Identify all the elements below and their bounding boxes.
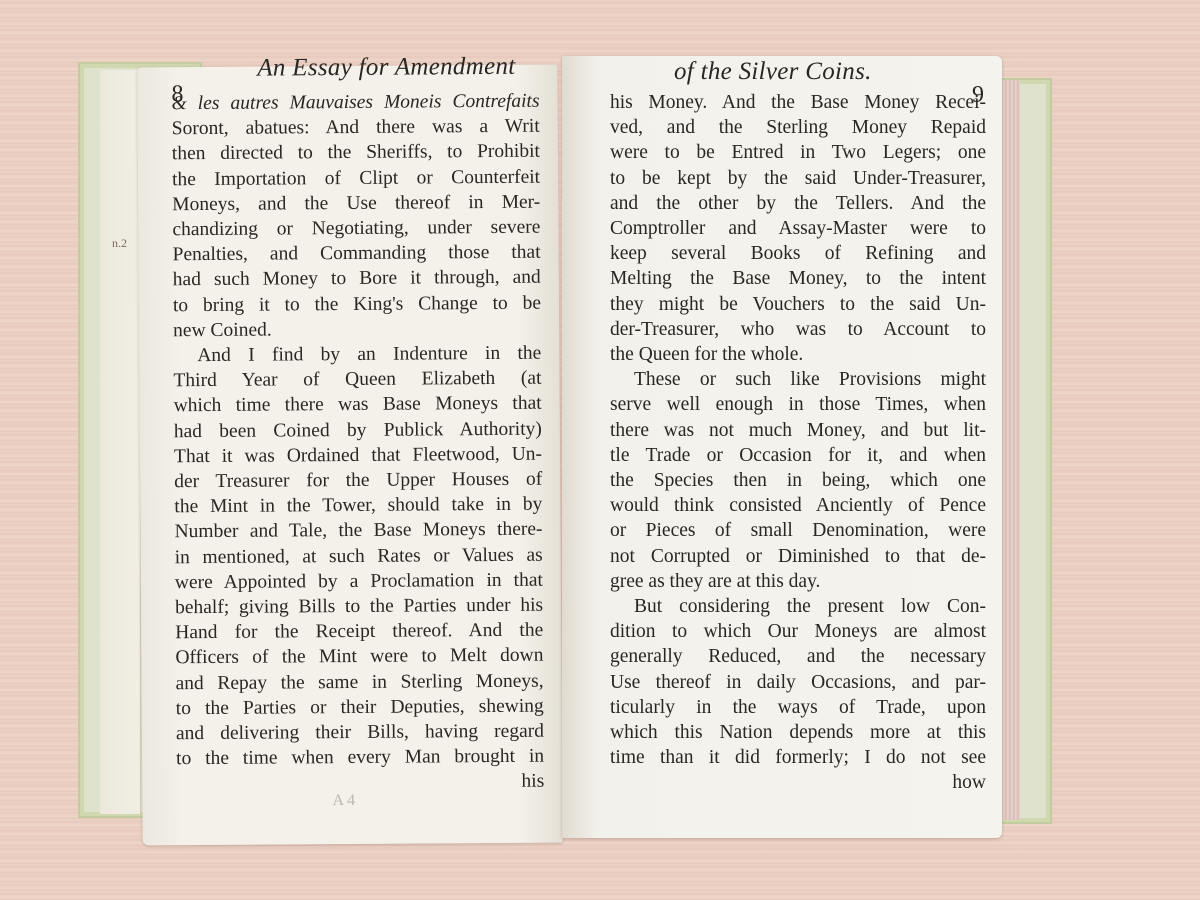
- text-line: & les autres Mauvaises Moneis Contrefait…: [171, 89, 539, 117]
- text-line: These or such like Provisions might: [610, 367, 986, 392]
- text-line: to the time when every Man brought in: [176, 744, 544, 772]
- text-line: But considering the present low Con-: [610, 594, 986, 619]
- text-line: And I find by an Indenture in the: [173, 341, 541, 369]
- text-line: Soront, abatues: And there was a Writ: [172, 114, 540, 142]
- right-page: of the Silver Coins. 9 his Money. And th…: [562, 56, 1002, 838]
- left-page: An Essay for Amendment 8 & les autres Ma…: [137, 65, 562, 846]
- text-line: ticularly in the ways of Trade, upon: [610, 695, 986, 720]
- text-line: to the Parties or their Deputies, shewin…: [176, 694, 544, 722]
- running-head: of the Silver Coins.: [674, 58, 872, 86]
- text-line: the Mint in the Tower, should take in by: [174, 492, 542, 520]
- text-line: and Repay the same in Sterling Moneys,: [176, 668, 544, 696]
- text-line: his Money. And the Base Money Recei-: [610, 90, 986, 115]
- text-line: had such Money to Bore it through, and: [173, 265, 541, 293]
- text-line: Melting the Base Money, to the intent: [610, 266, 986, 291]
- text-line: Moneys, and the Use thereof in Mer-: [172, 189, 540, 217]
- text-line: der Treasurer for the Upper Houses of: [174, 467, 542, 495]
- text-line: which this Nation depends more at this: [610, 720, 986, 745]
- text-line: were Appointed by a Proclamation in that: [175, 568, 543, 596]
- text-line: the Queen for the whole.: [610, 342, 986, 367]
- catchword: his: [176, 769, 544, 797]
- text-line: behalf; giving Bills to the Parties unde…: [175, 593, 543, 621]
- text-line: Comptroller and Assay-Master were to: [610, 216, 986, 241]
- text-line: which time there was Base Moneys that: [174, 391, 542, 419]
- text-line: the Species then in being, which one: [610, 468, 986, 493]
- text-line: Hand for the Receipt thereof. And the: [175, 618, 543, 646]
- text-line: Number and Tale, the Base Moneys there-: [174, 517, 542, 545]
- text-line: Officers of the Mint were to Melt down: [175, 643, 543, 671]
- text-line: would think consisted Anciently of Pence: [610, 493, 986, 518]
- text-line: der-Treasurer, who was to Account to: [610, 317, 986, 342]
- text-line: ved, and the Sterling Money Repaid: [610, 115, 986, 140]
- text-line: new Coined.: [173, 315, 541, 343]
- text-line: to bring it to the King's Change to be: [173, 290, 541, 318]
- text-line: Penalties, and Commanding those that: [173, 240, 541, 268]
- text-line: time than it did formerly; I do not see: [610, 745, 986, 770]
- text-line: then directed to the Sheriffs, to Prohib…: [172, 139, 540, 167]
- text-line: Use thereof in daily Occasions, and par-: [610, 670, 986, 695]
- text-line: Third Year of Queen Elizabeth (at: [173, 366, 541, 394]
- text-line: chandizing or Negotiating, under severe: [172, 215, 540, 243]
- text-line: the Importation of Clipt or Counterfeit: [172, 164, 540, 192]
- text-line: were to be Entred in Two Legers; one: [610, 140, 986, 165]
- text-line: and delivering their Bills, having regar…: [176, 719, 544, 747]
- catchword: how: [610, 770, 986, 795]
- text-line: they might be Vouchers to the said Un-: [610, 292, 986, 317]
- signature-mark: A 4: [332, 792, 355, 810]
- text-line: gree as they are at this day.: [610, 569, 986, 594]
- page-body: his Money. And the Base Money Recei- ved…: [610, 90, 986, 796]
- text-line: in mentioned, at such Rates or Values as: [175, 542, 543, 570]
- text-line: That it was Ordained that Fleetwood, Un-: [174, 442, 542, 470]
- text-line: not Corrupted or Diminished to that de-: [610, 544, 986, 569]
- text-line: there was not much Money, and but lit-: [610, 418, 986, 443]
- text-line: serve well enough in those Times, when: [610, 392, 986, 417]
- text-line: and the other by the Tellers. And the: [610, 191, 986, 216]
- running-head: An Essay for Amendment: [257, 53, 515, 83]
- text-line: keep several Books of Refining and: [610, 241, 986, 266]
- margin-note: n.2: [112, 236, 127, 251]
- page-body: & les autres Mauvaises Moneis Contrefait…: [171, 89, 544, 797]
- text-line: dition to which Our Moneys are almost: [610, 619, 986, 644]
- text-line: tle Trade or Occasion for it, and when: [610, 443, 986, 468]
- page-edges-left: [100, 70, 141, 814]
- text-line: to be kept by the said Under-Treasurer,: [610, 166, 986, 191]
- text-line: or Pieces of small Denomination, were: [610, 518, 986, 543]
- text-line: generally Reduced, and the necessary: [610, 644, 986, 669]
- text-line: had been Coined by Publick Authority): [174, 416, 542, 444]
